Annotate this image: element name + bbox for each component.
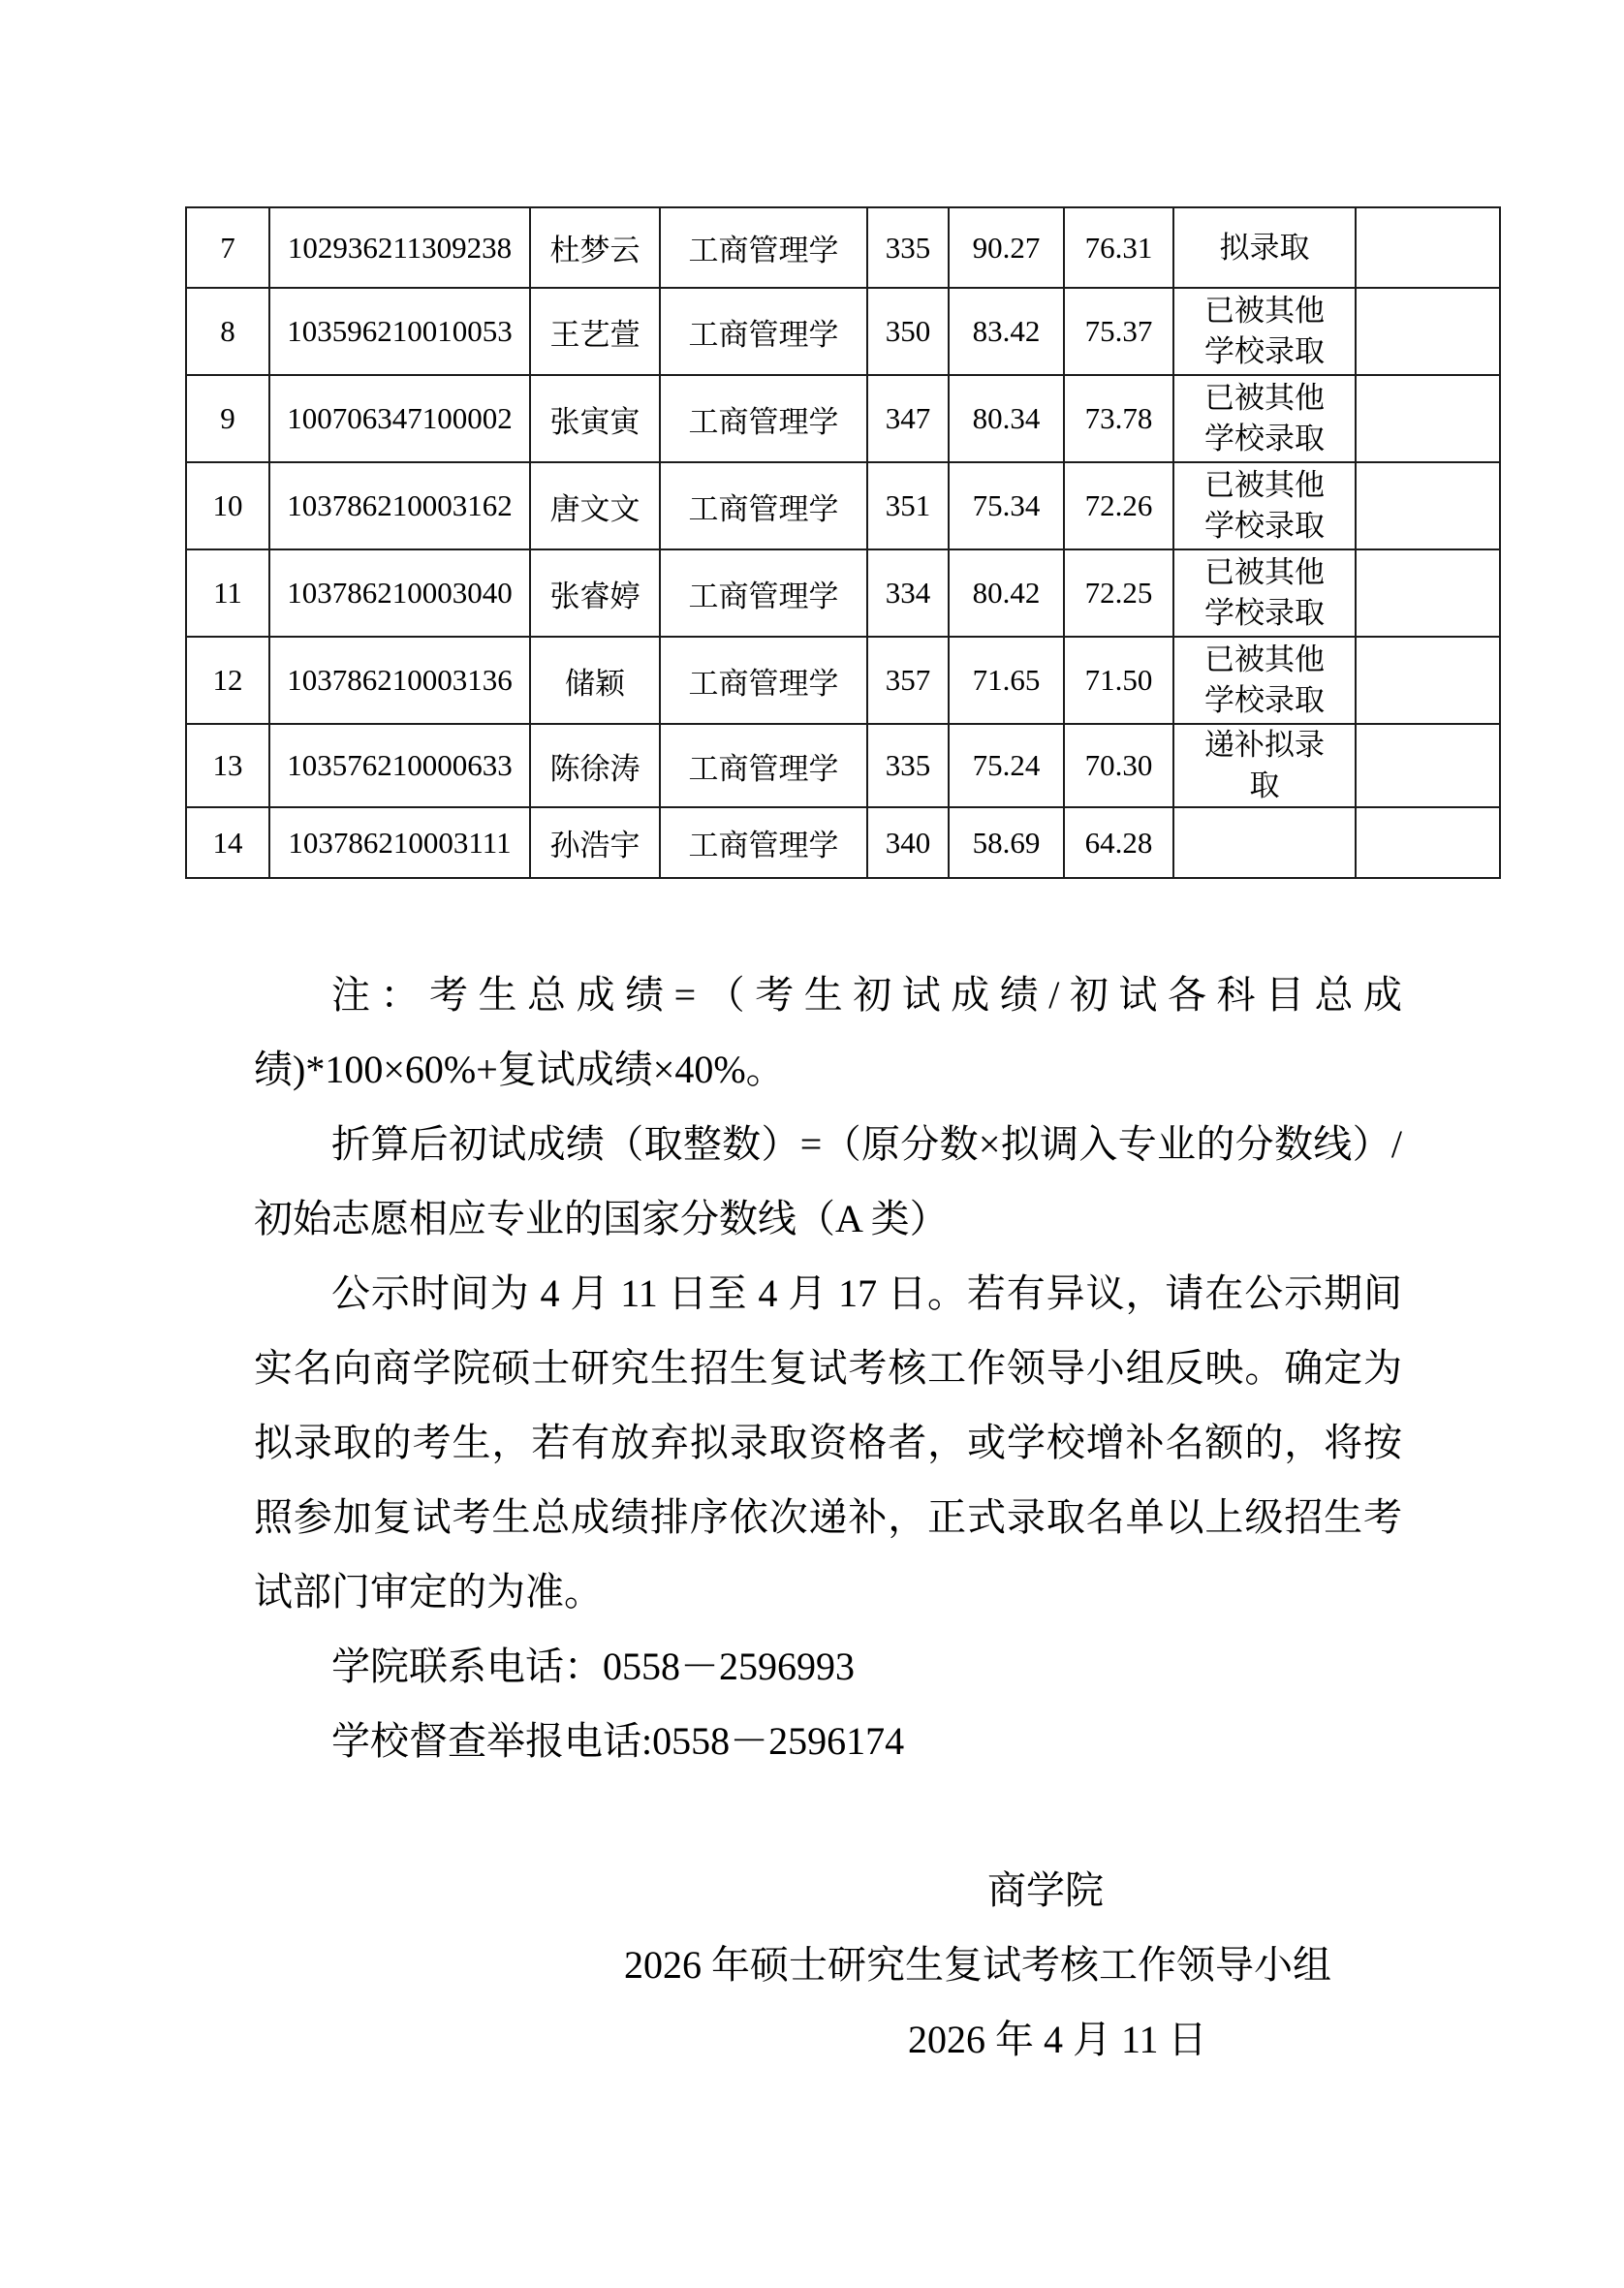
notes-section: 注：考生总成绩=（考生初试成绩/初试各科目总成绩)*100×60%+复试成绩×4… <box>254 957 1402 2077</box>
status-text: 已被其他学校录取 <box>1197 465 1332 547</box>
cell-extra <box>1356 288 1500 375</box>
signature-date: 2026 年 4 月 11 日 <box>254 2002 1402 2077</box>
status-text: 已被其他学校录取 <box>1197 378 1332 459</box>
cell-major: 工商管理学 <box>660 724 867 807</box>
cell-retest-score: 71.65 <box>949 637 1064 724</box>
supervision-phone: 学校督查举报电话:0558－2596174 <box>254 1704 1402 1778</box>
table-row: 8 103596210010053 王艺萱 工商管理学 350 83.42 75… <box>186 288 1500 375</box>
cell-retest-score: 58.69 <box>949 807 1064 878</box>
cell-major: 工商管理学 <box>660 807 867 878</box>
cell-extra <box>1356 375 1500 462</box>
cell-total-score: 70.30 <box>1064 724 1173 807</box>
cell-major: 工商管理学 <box>660 637 867 724</box>
cell-candidate-id: 103576210000633 <box>269 724 530 807</box>
cell-row-number: 8 <box>186 288 269 375</box>
cell-major: 工商管理学 <box>660 462 867 549</box>
cell-initial-score: 340 <box>867 807 949 878</box>
cell-status: 已被其他学校录取 <box>1173 462 1356 549</box>
admission-table: 7 102936211309238 杜梦云 工商管理学 335 90.27 76… <box>185 206 1501 879</box>
signature-group: 2026 年硕士研究生复试考核工作领导小组 <box>254 1928 1402 2002</box>
cell-total-score: 64.28 <box>1064 807 1173 878</box>
cell-total-score: 76.31 <box>1064 207 1173 288</box>
cell-initial-score: 335 <box>867 207 949 288</box>
cell-candidate-id: 103786210003111 <box>269 807 530 878</box>
signature-org: 商学院 <box>254 1853 1402 1928</box>
cell-major: 工商管理学 <box>660 375 867 462</box>
cell-extra <box>1356 724 1500 807</box>
status-text: 已被其他学校录取 <box>1197 291 1332 372</box>
table-row: 12 103786210003136 储颖 工商管理学 357 71.65 71… <box>186 637 1500 724</box>
cell-total-score: 73.78 <box>1064 375 1173 462</box>
cell-extra <box>1356 462 1500 549</box>
cell-status: 已被其他学校录取 <box>1173 375 1356 462</box>
cell-row-number: 14 <box>186 807 269 878</box>
cell-initial-score: 351 <box>867 462 949 549</box>
table-row: 9 100706347100002 张寅寅 工商管理学 347 80.34 73… <box>186 375 1500 462</box>
cell-total-score: 72.26 <box>1064 462 1173 549</box>
cell-initial-score: 334 <box>867 549 949 637</box>
cell-candidate-id: 100706347100002 <box>269 375 530 462</box>
cell-candidate-id: 102936211309238 <box>269 207 530 288</box>
college-phone: 学院联系电话：0558－2596993 <box>254 1629 1402 1704</box>
cell-candidate-id: 103596210010053 <box>269 288 530 375</box>
cell-row-number: 10 <box>186 462 269 549</box>
cell-status: 拟录取 <box>1173 207 1356 288</box>
cell-extra <box>1356 807 1500 878</box>
status-text: 拟录取 <box>1220 228 1310 268</box>
cell-major: 工商管理学 <box>660 288 867 375</box>
cell-name: 王艺萱 <box>530 288 660 375</box>
cell-initial-score: 335 <box>867 724 949 807</box>
cell-status: 递补拟录取 <box>1173 724 1356 807</box>
cell-row-number: 7 <box>186 207 269 288</box>
cell-status: 已被其他学校录取 <box>1173 637 1356 724</box>
cell-retest-score: 75.34 <box>949 462 1064 549</box>
cell-row-number: 9 <box>186 375 269 462</box>
table-row: 14 103786210003111 孙浩宇 工商管理学 340 58.69 6… <box>186 807 1500 878</box>
table-row: 11 103786210003040 张睿婷 工商管理学 334 80.42 7… <box>186 549 1500 637</box>
cell-total-score: 75.37 <box>1064 288 1173 375</box>
cell-major: 工商管理学 <box>660 207 867 288</box>
cell-extra <box>1356 549 1500 637</box>
cell-row-number: 11 <box>186 549 269 637</box>
cell-initial-score: 350 <box>867 288 949 375</box>
cell-retest-score: 80.34 <box>949 375 1064 462</box>
cell-name: 张睿婷 <box>530 549 660 637</box>
status-text: 递补拟录取 <box>1197 725 1332 806</box>
cell-candidate-id: 103786210003162 <box>269 462 530 549</box>
cell-total-score: 71.50 <box>1064 637 1173 724</box>
cell-name: 杜梦云 <box>530 207 660 288</box>
note-publicity: 公示时间为 4 月 11 日至 4 月 17 日。若有异议，请在公示期间实名向商… <box>254 1256 1402 1629</box>
table-row: 7 102936211309238 杜梦云 工商管理学 335 90.27 76… <box>186 207 1500 288</box>
cell-status: 已被其他学校录取 <box>1173 549 1356 637</box>
cell-candidate-id: 103786210003136 <box>269 637 530 724</box>
note-conversion: 折算后初试成绩（取整数）=（原分数×拟调入专业的分数线）/初始志愿相应专业的国家… <box>254 1107 1402 1256</box>
cell-status: 已被其他学校录取 <box>1173 288 1356 375</box>
cell-retest-score: 75.24 <box>949 724 1064 807</box>
document-page: 7 102936211309238 杜梦云 工商管理学 335 90.27 76… <box>0 0 1624 2288</box>
status-text: 已被其他学校录取 <box>1197 552 1332 634</box>
cell-name: 陈徐涛 <box>530 724 660 807</box>
cell-retest-score: 80.42 <box>949 549 1064 637</box>
cell-name: 孙浩宇 <box>530 807 660 878</box>
note-formula: 注：考生总成绩=（考生初试成绩/初试各科目总成绩)*100×60%+复试成绩×4… <box>254 957 1402 1107</box>
cell-initial-score: 357 <box>867 637 949 724</box>
cell-status <box>1173 807 1356 878</box>
cell-name: 唐文文 <box>530 462 660 549</box>
cell-row-number: 13 <box>186 724 269 807</box>
cell-major: 工商管理学 <box>660 549 867 637</box>
table-row: 10 103786210003162 唐文文 工商管理学 351 75.34 7… <box>186 462 1500 549</box>
status-text: 已被其他学校录取 <box>1197 640 1332 721</box>
cell-extra <box>1356 207 1500 288</box>
cell-candidate-id: 103786210003040 <box>269 549 530 637</box>
table-row: 13 103576210000633 陈徐涛 工商管理学 335 75.24 7… <box>186 724 1500 807</box>
cell-retest-score: 83.42 <box>949 288 1064 375</box>
cell-total-score: 72.25 <box>1064 549 1173 637</box>
cell-retest-score: 90.27 <box>949 207 1064 288</box>
cell-initial-score: 347 <box>867 375 949 462</box>
cell-name: 储颖 <box>530 637 660 724</box>
cell-extra <box>1356 637 1500 724</box>
cell-name: 张寅寅 <box>530 375 660 462</box>
cell-row-number: 12 <box>186 637 269 724</box>
